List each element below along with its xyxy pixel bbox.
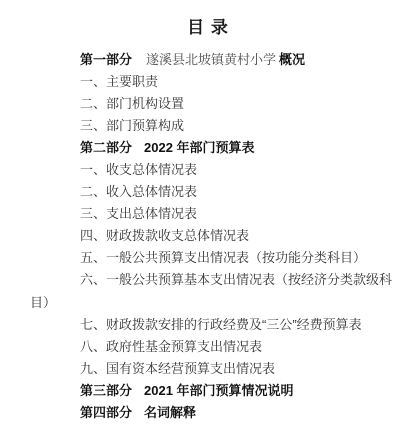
toc-item-p2-5: 五、一般公共预算支出情况表（按功能分类科目）: [80, 247, 416, 269]
toc-part3-heading: 第三部分2021 年部门预算情况说明: [80, 380, 416, 402]
part3-title: 2021 年部门预算情况说明: [144, 383, 294, 398]
part1-label: 第一部分: [80, 52, 132, 67]
toc-item-p2-6: 六、一般公共预算基本支出情况表（按经济分类款级科目）: [30, 269, 402, 314]
part2-title: 2022 年部门预算表: [144, 140, 255, 155]
toc-item-p1-2: 二、部门机构设置: [80, 93, 416, 115]
toc-list: 第一部分遂溪县北坡镇黄村小学概况 一、主要职责 二、部门机构设置 三、部门预算构…: [0, 49, 416, 424]
toc-part2-heading: 第二部分2022 年部门预算表: [80, 137, 416, 159]
toc-item-p1-1: 一、主要职责: [80, 71, 416, 93]
part4-label: 第四部分: [80, 405, 132, 420]
toc-item-p2-9: 九、国有资本经营预算支出情况表: [80, 358, 416, 380]
toc-item-p2-1: 一、收支总体情况表: [80, 159, 416, 181]
toc-title: 目 录: [0, 16, 416, 40]
toc-part1-heading: 第一部分遂溪县北坡镇黄村小学概况: [80, 49, 416, 71]
part1-suffix: 概况: [279, 52, 305, 67]
part2-label: 第二部分: [80, 140, 132, 155]
toc-part4-heading: 第四部分名词解释: [80, 402, 416, 424]
part4-title: 名词解释: [144, 405, 196, 420]
toc-item-p2-8: 八、政府性基金预算支出情况表: [80, 336, 416, 358]
toc-item-p2-7: 七、财政拨款安排的行政经费及“三公”经费预算表: [80, 314, 416, 336]
toc-item-p2-2: 二、收入总体情况表: [80, 181, 416, 203]
toc-item-p2-3: 三、支出总体情况表: [80, 203, 416, 225]
document-page: 目 录 第一部分遂溪县北坡镇黄村小学概况 一、主要职责 二、部门机构设置 三、部…: [0, 0, 416, 426]
part1-org-name: 遂溪县北坡镇黄村小学: [146, 52, 276, 67]
toc-item-p2-4: 四、财政拨款收支总体情况表: [80, 225, 416, 247]
toc-item-p1-3: 三、部门预算构成: [80, 115, 416, 137]
part3-label: 第三部分: [80, 383, 132, 398]
